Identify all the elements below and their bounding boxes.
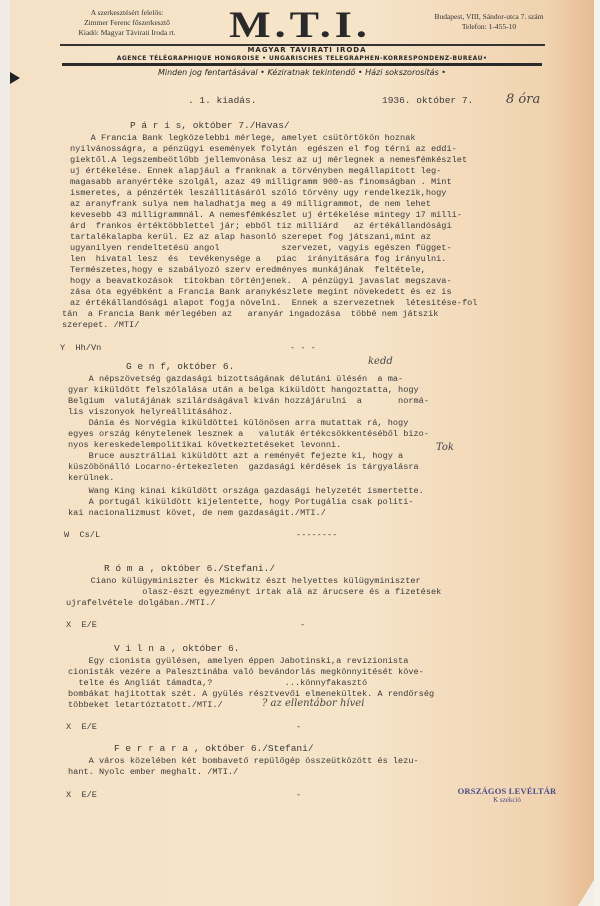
- text-line: tartalékalapba kerül. Ez az alap hasonló…: [70, 232, 431, 243]
- text-line: hogy a beavatkozások titokban történjene…: [70, 276, 452, 287]
- text-line: kevesebb 43 milligrammnál. A nemesfémkés…: [70, 210, 462, 221]
- text-line: az aranyfrank sulya nem haladhatja meg a…: [70, 199, 431, 210]
- edition-label: . 1. kiadás.: [188, 96, 256, 107]
- editor-line: Zimmer Ferenc főszerkesztő: [62, 18, 192, 28]
- text-line: bombákat hajitottak szét. A gyülés részt…: [68, 689, 434, 700]
- text-line: ujrafelvétele dolgában./MTI./: [66, 598, 216, 609]
- agency-subtitle: AGENCE TÉLÉGRAPHIQUE HONGROISE • UNGARIS…: [62, 55, 542, 66]
- footer-code: X E/E: [66, 722, 97, 733]
- text-line: küszöbönálló Locarno-értekezleten gazdas…: [68, 462, 419, 473]
- text-line: A népszövetség gazdasági bizottságának d…: [68, 374, 403, 385]
- address-line: Budapest, VIII, Sándor-utca 7. szám: [404, 12, 574, 22]
- archive-stamp-section: K szekció: [452, 796, 562, 804]
- letterhead-address: Budapest, VIII, Sándor-utca 7. szám Tele…: [404, 12, 574, 32]
- scan-left-margin: [0, 0, 10, 906]
- text-line: nyos kereskedelempolitikai következtetés…: [68, 440, 341, 451]
- text-line: A Francia Bank legközelebbi mérlege, ame…: [70, 133, 416, 144]
- editor-line: A szerkesztésért felelős:: [62, 8, 192, 18]
- text-line: az értékállandósági alapot fogja növelni…: [70, 298, 477, 309]
- text-line: telte és Angliát támadta,? ...könnyfakas…: [68, 678, 367, 689]
- text-line: lis viszonyok helyreállitásához.: [68, 407, 233, 418]
- editor-line: Kiadó: Magyar Távirati Iroda rt.: [62, 28, 192, 38]
- text-line: Bruce ausztráliai kiküldött azt a remény…: [68, 451, 403, 462]
- text-line: len hivatal lesz és tevékenysége a piac …: [70, 254, 446, 265]
- text-line: magasabb aranyértéke szolgál, azaz 49 mi…: [70, 177, 452, 188]
- footer-code: W Cs/L: [64, 530, 100, 541]
- text-line: hant. Nyolc ember meghalt. /MTI./: [68, 767, 238, 778]
- archive-stamp: ORSZÁGOS LEVÉLTÁR K szekció: [452, 786, 562, 804]
- text-line: egyes ország kénytelenek lesznek a valut…: [68, 429, 429, 440]
- footer-code: X E/E: [66, 790, 97, 801]
- text-line: szerepet. /MTI/: [62, 320, 139, 331]
- text-line: gyar kiküldött felszólalása után a belga…: [68, 385, 419, 396]
- handwritten-time: 8 óra: [506, 92, 540, 107]
- text-line: ugyanilyen rendeltetésü angol szervezet,…: [70, 243, 452, 254]
- text-line: árd frankos értéktöbblettel jár; ebből t…: [70, 221, 452, 232]
- separator: - - -: [290, 343, 316, 354]
- text-line: Természetes,hogy e szabályozó szerv ered…: [70, 265, 426, 276]
- text-line: uj értékelése. Ennek alapjául a franknak…: [70, 166, 441, 177]
- text-line: nyilvánosságra, a pénzügyi események fol…: [70, 144, 457, 155]
- agency-name: MAGYAR TÁVIRATI IRODA: [222, 46, 392, 54]
- text-line: cionisták vezére a Palesztinába való bev…: [68, 667, 424, 678]
- phone-line: Telefon: 1-455-10: [404, 22, 574, 32]
- text-line: ismeretes, a pénzérték leszállitásáról s…: [70, 188, 446, 199]
- article-heading-genf: G e n f, október 6.: [126, 362, 234, 373]
- text-line: Belgium valutájának szilárdságával kiván…: [68, 396, 429, 407]
- article-heading-paris: P á r i s, október 7./Havas/: [130, 121, 290, 132]
- text-line: A város közelében két bombavető repülőgé…: [68, 756, 419, 767]
- text-line: giektől.A legszembeötlőbb jellemvonása l…: [70, 155, 467, 166]
- mti-logo: M.T.I.: [200, 7, 400, 43]
- separator: -: [296, 722, 301, 733]
- article-heading-ferrara: F e r r a r a , október 6./Stefani/: [114, 744, 314, 755]
- separator: -: [296, 790, 301, 801]
- arrow-marker-icon: [10, 72, 20, 84]
- text-line: olasz-észt egyezményt irtak alá az árucs…: [70, 587, 441, 598]
- text-line: Dánia és Norvégia kiküldöttei különösen …: [68, 418, 408, 429]
- article-heading-vilna: V i l n a , október 6.: [114, 644, 239, 655]
- text-line: Egy cionista gyülésen, amelyen éppen Jab…: [68, 656, 408, 667]
- archive-stamp-title: ORSZÁGOS LEVÉLTÁR: [452, 786, 562, 796]
- footer-code: X E/E: [66, 620, 97, 631]
- text-line: zása óta egyébként a Francia Bank aranyk…: [70, 287, 452, 298]
- text-line: Ciano külügyminiszter és Mickwitz észt h…: [70, 576, 421, 587]
- handwritten-note: kedd: [368, 356, 393, 367]
- margin-note: Tok: [436, 442, 454, 453]
- text-line: A portugál kiküldött kijelentette, hogy …: [68, 497, 414, 508]
- article-heading-roma: R ó m a , október 6./Stefani./: [104, 564, 275, 575]
- document-date: 1936. október 7.: [382, 96, 473, 107]
- rights-notice: Minden jog fentartásával • Kéziratnak te…: [62, 68, 542, 77]
- handwritten-note: ? az ellentábor hívei: [262, 698, 364, 709]
- text-line: többeket letartóztatott./MTI./: [68, 700, 223, 711]
- separator: -: [300, 620, 305, 631]
- scan-right-margin: [594, 0, 600, 906]
- text-line: kai nacionalizmust követ, de nem gazdasá…: [68, 508, 326, 519]
- footer-code: Y Hh/Vn: [60, 343, 101, 354]
- separator: --------: [296, 530, 337, 541]
- text-line: tán a Francia Bank mérlegében az aranyár…: [62, 309, 438, 320]
- letterhead-editor-info: A szerkesztésért felelős: Zimmer Ferenc …: [62, 8, 192, 38]
- text-line: Wang King kinai kiküldött országa gazdas…: [68, 486, 424, 497]
- text-line: kerülnek.: [68, 473, 114, 484]
